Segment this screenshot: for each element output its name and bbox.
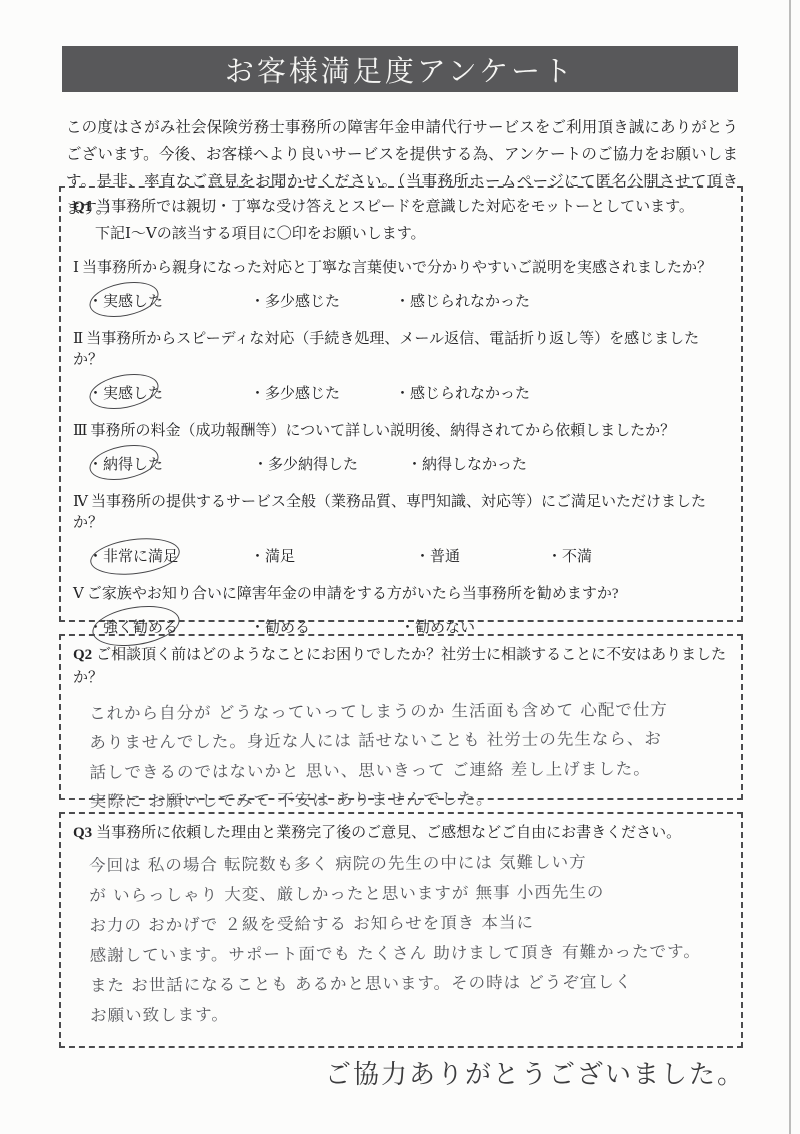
- scan-edge-line: [789, 0, 791, 1134]
- q1-item-5-numeral: Ⅴ: [73, 586, 84, 602]
- handwritten-line: 感謝しています。サポート面でも たくさん 助けまして頂き 有難かったです。: [90, 937, 730, 971]
- q3-heading-row: Q3当事務所に依頼した理由と業務完了後のご意見、ご感想などご自由にお書きください…: [73, 822, 729, 845]
- q1-item-4-option-1: ・非常に満足: [88, 545, 178, 566]
- q1-item-2-option-3: ・感じられなかった: [395, 382, 530, 403]
- q1-item-2-question: Ⅱ当事務所からスピーディな対応（手続き処理、メール返信、電話折り返し等）を感じま…: [73, 327, 729, 369]
- q2-handwritten-answer: これから自分が どうなっていってしまうのか 生活面も含めて 心配で仕方 ありませ…: [89, 694, 730, 816]
- q1-item-1-question-text: 当事務所から親身になった対応と丁寧な言葉使いで分かりやすいご説明を実感されました…: [82, 260, 712, 276]
- q1-item-3-option-2: ・多少納得した: [253, 453, 358, 474]
- survey-title-bar: お客様満足度アンケート: [62, 46, 738, 92]
- handwritten-line: ありませんでした。身近な人には 話せないことも 社労士の先生なら、お: [89, 723, 729, 757]
- scanned-survey-page: お客様満足度アンケート この度はさがみ社会保険労務士事務所の障害年金申請代行サー…: [0, 0, 800, 1134]
- q1-section: Q1当事務所では親切・丁寧な受け答えとスピードを意識した対応をモットーとしていま…: [59, 186, 743, 622]
- option-label: ・実感した: [88, 294, 163, 310]
- q1-item-1-option-3: ・感じられなかった: [395, 290, 530, 311]
- handwritten-line: が いらっしゃり 大変、厳しかったと思いますが 無事 小西先生の: [89, 877, 729, 911]
- q1-item-4-option-4: ・不満: [547, 545, 592, 566]
- q1-item-1-option-1: ・実感した: [88, 290, 163, 311]
- q1-item-4: Ⅳ当事務所の提供するサービス全般（業務品質、専門知識、対応等）にご満足いただけま…: [73, 490, 729, 569]
- q3-label: Q3: [73, 825, 92, 841]
- option-label: ・非常に満足: [88, 549, 178, 565]
- q1-item-4-option-3: ・普通: [415, 545, 460, 566]
- q1-item-1-numeral: Ⅰ: [73, 260, 79, 276]
- handwritten-line: また お世話になることも あるかと思います。その時は どうぞ宜しく: [90, 967, 730, 1001]
- closing-message: ご協力ありがとうございました。: [59, 1054, 745, 1091]
- q1-item-5-question-text: ご家族やお知り合いに障害年金の申請をする方がいたら当事務所を勧めますか?: [87, 586, 619, 602]
- q1-item-5: Ⅴご家族やお知り合いに障害年金の申請をする方がいたら当事務所を勧めますか? ・強…: [73, 582, 729, 640]
- q1-item-4-question: Ⅳ当事務所の提供するサービス全般（業務品質、専門知識、対応等）にご満足いただけま…: [73, 490, 729, 532]
- q1-item-2-option-2: ・多少感じた: [250, 382, 340, 403]
- handwritten-line: これから自分が どうなっていってしまうのか 生活面も含めて 心配で仕方: [89, 694, 729, 728]
- q1-item-1-question: Ⅰ当事務所から親身になった対応と丁寧な言葉使いで分かりやすいご説明を実感されまし…: [73, 256, 729, 277]
- q1-item-3-numeral: Ⅲ: [73, 423, 87, 439]
- option-label: ・納得した: [88, 457, 163, 473]
- q1-item-3-question: Ⅲ事務所の料金（成功報酬等）について詳しい説明後、納得されてから依頼しましたか？: [73, 419, 729, 440]
- q1-item-2: Ⅱ当事務所からスピーディな対応（手続き処理、メール返信、電話折り返し等）を感じま…: [73, 327, 729, 406]
- handwritten-line: お力の おかげで ２級を受給する お知らせを頂き 本当に: [89, 907, 729, 941]
- q3-heading: 当事務所に依頼した理由と業務完了後のご意見、ご感想などご自由にお書きください。: [96, 825, 681, 841]
- handwritten-line: 実際に お願いしてみて 不安は ありませんでした。: [90, 782, 730, 816]
- q1-item-4-question-text: 当事務所の提供するサービス全般（業務品質、専門知識、対応等）にご満足いただけまし…: [73, 494, 706, 531]
- q1-label: Q1: [73, 199, 92, 215]
- q1-item-2-question-text: 当事務所からスピーディな対応（手続き処理、メール返信、電話折り返し等）を感じまし…: [73, 331, 699, 368]
- q1-item-3-options: ・納得した ・多少納得した ・納得しなかった: [73, 440, 729, 477]
- q1-item-3-option-1: ・納得した: [88, 453, 163, 474]
- q3-section: Q3当事務所に依頼した理由と業務完了後のご意見、ご感想などご自由にお書きください…: [59, 812, 743, 1048]
- q2-heading: ご相談頂く前はどのようなことにお困りでしたか？社労士に相談することに不安はありま…: [73, 647, 726, 686]
- q1-subheading: 下記Ⅰ～Ⅴの該当する項目に〇印をお願いします。: [95, 222, 729, 243]
- q1-heading: 当事務所では親切・丁寧な受け答えとスピードを意識した対応をモットーとしています。: [96, 199, 694, 215]
- q1-heading-row: Q1当事務所では親切・丁寧な受け答えとスピードを意識した対応をモットーとしていま…: [73, 196, 729, 219]
- q1-item-1-option-2: ・多少感じた: [250, 290, 340, 311]
- q2-heading-row: Q2ご相談頂く前はどのようなことにお困りでしたか？社労士に相談することに不安はあ…: [73, 644, 729, 691]
- handwritten-line: 今回は 私の場合 転院数も多く 病院の先生の中には 気難しい方: [89, 847, 729, 881]
- q1-item-3-option-3: ・納得しなかった: [407, 453, 527, 474]
- q1-item-4-option-2: ・満足: [250, 545, 295, 566]
- q1-item-1-options: ・実感した ・多少感じた ・感じられなかった: [73, 277, 729, 314]
- q3-handwritten-answer: 今回は 私の場合 転院数も多く 病院の先生の中には 気難しい方 が いらっしゃり…: [89, 847, 730, 1032]
- page-title: お客様満足度アンケート: [225, 49, 575, 90]
- q2-label: Q2: [73, 647, 92, 663]
- q1-item-2-options: ・実感した ・多少感じた ・感じられなかった: [73, 369, 729, 406]
- q1-item-4-options: ・非常に満足 ・満足 ・普通 ・不満: [73, 532, 729, 569]
- option-label: ・実感した: [88, 386, 163, 402]
- q1-item-1: Ⅰ当事務所から親身になった対応と丁寧な言葉使いで分かりやすいご説明を実感されまし…: [73, 256, 729, 314]
- handwritten-line: 話しできるのではないかと 思い、思いきって ご連絡 差し上げました。: [89, 753, 729, 787]
- q1-item-5-question: Ⅴご家族やお知り合いに障害年金の申請をする方がいたら当事務所を勧めますか?: [73, 582, 729, 603]
- handwritten-line: お願い致します。: [90, 997, 730, 1031]
- q2-section: Q2ご相談頂く前はどのようなことにお困りでしたか？社労士に相談することに不安はあ…: [59, 634, 743, 800]
- q1-item-2-option-1: ・実感した: [88, 382, 163, 403]
- q1-item-4-numeral: Ⅳ: [73, 494, 88, 510]
- q1-item-2-numeral: Ⅱ: [73, 331, 83, 347]
- q1-item-3-question-text: 事務所の料金（成功報酬等）について詳しい説明後、納得されてから依頼しましたか？: [90, 423, 675, 439]
- q1-item-3: Ⅲ事務所の料金（成功報酬等）について詳しい説明後、納得されてから依頼しましたか？…: [73, 419, 729, 477]
